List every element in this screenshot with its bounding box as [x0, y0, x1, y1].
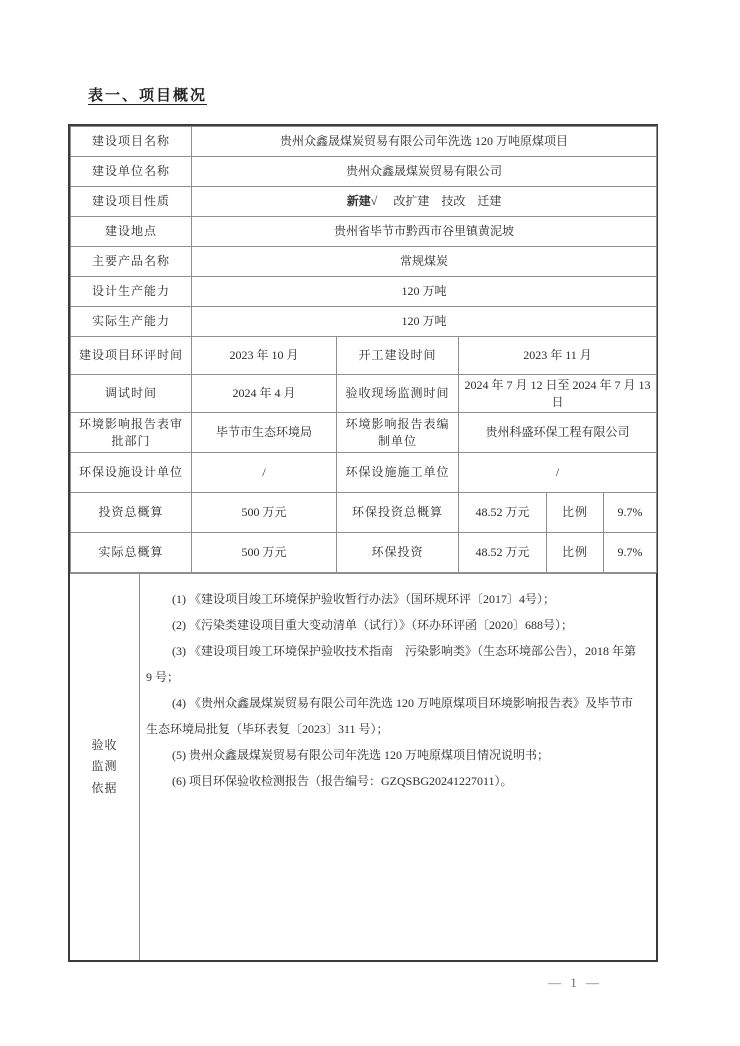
row-label-cell: 主要产品名称 — [71, 247, 192, 277]
row-value-cell: 常规煤炭 — [192, 247, 657, 277]
table-row: 实际生产能力 120 万吨 — [71, 307, 657, 337]
row-value-cell: 毕节市生态环境局 — [192, 413, 337, 453]
row-label-cell: 建设地点 — [71, 217, 192, 247]
table-row: 调试时间 2024 年 4 月 验收现场监测时间 2024 年 7 月 12 日… — [71, 375, 657, 413]
row-label-cell: 验收现场监测时间 — [337, 375, 459, 413]
row-value-cell: / — [192, 453, 337, 493]
row-value-cell: 贵州省毕节市黔西市谷里镇黄泥坡 — [192, 217, 657, 247]
project-overview-table: 建设项目名称 贵州众鑫晟煤炭贸易有限公司年洗选 120 万吨原煤项目 建设单位名… — [68, 124, 658, 962]
row-value-cell: / — [459, 453, 657, 493]
table-row: 实际总概算 500 万元 环保投资 48.52 万元 比例 9.7% — [71, 533, 657, 573]
basis-item: (6) 项目环保验收检测报告（报告编号：GZQSBG20241227011）。 — [146, 768, 640, 794]
row-value-cell: 贵州科盛环保工程有限公司 — [459, 413, 657, 453]
row-label-cell: 建设项目环评时间 — [71, 337, 192, 375]
row-label-cell: 开工建设时间 — [337, 337, 459, 375]
row-label-cell: 环保投资 — [337, 533, 459, 573]
row-label-cell: 建设单位名称 — [71, 157, 192, 187]
row-label-cell: 建设项目名称 — [71, 127, 192, 157]
row-label-cell: 调试时间 — [71, 375, 192, 413]
table-row: 设计生产能力 120 万吨 — [71, 277, 657, 307]
row-label-cell: 投资总概算 — [71, 493, 192, 533]
acceptance-basis-section: 验收监测依据 (1) 《建设项目竣工环境保护验收暂行办法》（国环规环评〔2017… — [70, 573, 656, 960]
basis-item: (1) 《建设项目竣工环境保护验收暂行办法》（国环规环评〔2017〕4号）； — [146, 586, 640, 612]
row-label-cell: 设计生产能力 — [71, 277, 192, 307]
row-value-cell: 2024 年 7 月 12 日至 2024 年 7 月 13 日 — [459, 375, 657, 413]
table-row: 主要产品名称 常规煤炭 — [71, 247, 657, 277]
project-nature-checked: 新建√ — [347, 194, 378, 208]
table-row: 建设单位名称 贵州众鑫晟煤炭贸易有限公司 — [71, 157, 657, 187]
row-value-cell: 2023 年 10 月 — [192, 337, 337, 375]
basis-item: (3) 《建设项目竣工环境保护验收技术指南 污染影响类》（生态环境部公告），20… — [146, 638, 640, 690]
table-row: 建设项目性质 新建√改扩建 技改 迁建 — [71, 187, 657, 217]
row-label-cell: 实际生产能力 — [71, 307, 192, 337]
row-label-cell: 环境影响报告表编制单位 — [337, 413, 459, 453]
basis-content-cell: (1) 《建设项目竣工环境保护验收暂行办法》（国环规环评〔2017〕4号）； (… — [140, 574, 656, 960]
basis-item: (5) 贵州众鑫晟煤炭贸易有限公司年洗选 120 万吨原煤项目情况说明书； — [146, 742, 640, 768]
row-label-cell: 环保投资总概算 — [337, 493, 459, 533]
table-row: 投资总概算 500 万元 环保投资总概算 48.52 万元 比例 9.7% — [71, 493, 657, 533]
row-label-cell: 比例 — [547, 533, 604, 573]
row-value-cell: 2023 年 11 月 — [459, 337, 657, 375]
table-row: 环境影响报告表审批部门 毕节市生态环境局 环境影响报告表编制单位 贵州科盛环保工… — [71, 413, 657, 453]
row-value-cell: 120 万吨 — [192, 307, 657, 337]
row-value-cell: 48.52 万元 — [459, 533, 547, 573]
page-number: — 1 — — [548, 975, 602, 991]
row-value-cell: 贵州众鑫晟煤炭贸易有限公司年洗选 120 万吨原煤项目 — [192, 127, 657, 157]
row-label-cell: 实际总概算 — [71, 533, 192, 573]
page-title: 表一、项目概况 — [88, 84, 207, 105]
row-value-cell: 贵州众鑫晟煤炭贸易有限公司 — [192, 157, 657, 187]
table-row: 环保设施设计单位 / 环保设施施工单位 / — [71, 453, 657, 493]
table-row: 建设地点 贵州省毕节市黔西市谷里镇黄泥坡 — [71, 217, 657, 247]
table-row: 建设项目名称 贵州众鑫晟煤炭贸易有限公司年洗选 120 万吨原煤项目 — [71, 127, 657, 157]
row-label-cell: 环保设施设计单位 — [71, 453, 192, 493]
basis-label: 验收监测依据 — [86, 735, 124, 800]
row-label-cell: 环保设施施工单位 — [337, 453, 459, 493]
basis-item: (4) 《贵州众鑫晟煤炭贸易有限公司年洗选 120 万吨原煤项目环境影响报告表》… — [146, 690, 640, 742]
project-nature-options: 改扩建 技改 迁建 — [393, 194, 501, 208]
basis-label-cell: 验收监测依据 — [70, 574, 140, 960]
row-value-cell: 500 万元 — [192, 533, 337, 573]
row-value-cell: 9.7% — [604, 493, 657, 533]
row-label-cell: 环境影响报告表审批部门 — [71, 413, 192, 453]
row-value-cell: 9.7% — [604, 533, 657, 573]
row-value-cell: 2024 年 4 月 — [192, 375, 337, 413]
row-value-cell: 48.52 万元 — [459, 493, 547, 533]
row-label-cell: 比例 — [547, 493, 604, 533]
row-value-cell: 120 万吨 — [192, 277, 657, 307]
row-label-cell: 建设项目性质 — [71, 187, 192, 217]
table-row: 建设项目环评时间 2023 年 10 月 开工建设时间 2023 年 11 月 — [71, 337, 657, 375]
row-value-cell: 500 万元 — [192, 493, 337, 533]
basis-item: (2) 《污染类建设项目重大变动清单（试行）》（环办环评函〔2020〕688号）… — [146, 612, 640, 638]
row-value-cell: 新建√改扩建 技改 迁建 — [192, 187, 657, 217]
